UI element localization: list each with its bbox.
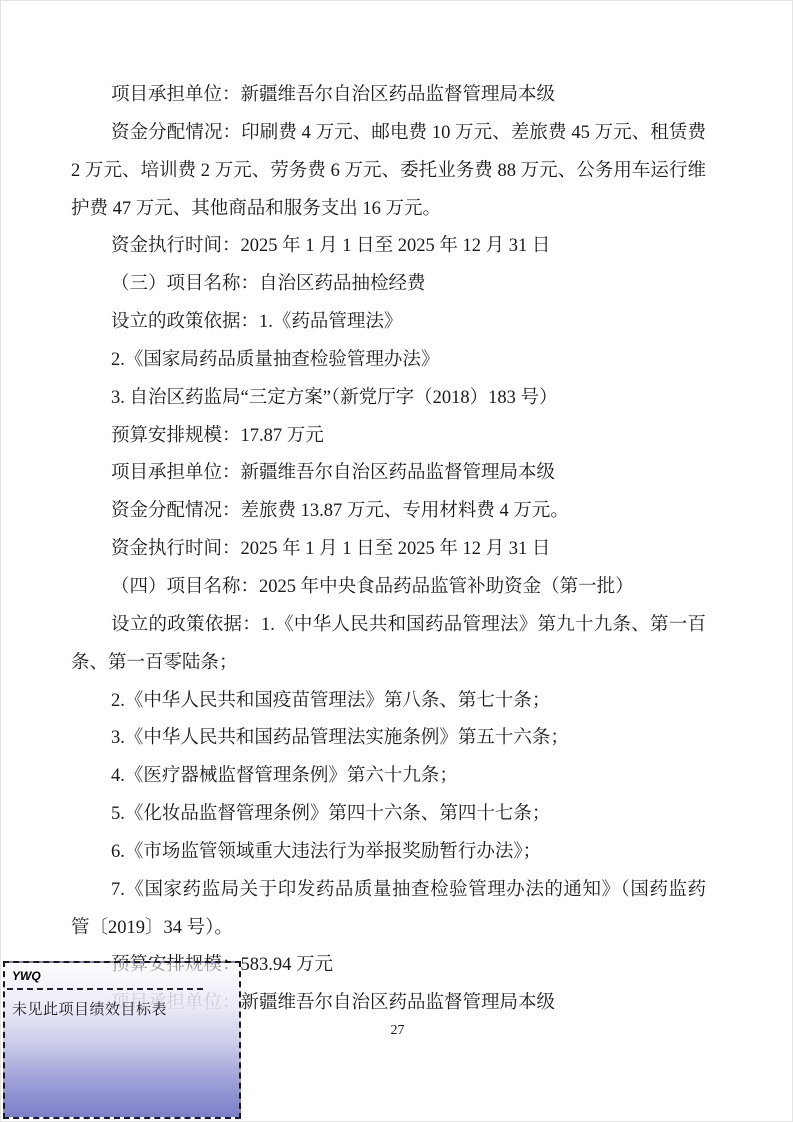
text-line: 项目承担单位：新疆维吾尔自治区药品监督管理局本级 xyxy=(71,455,706,493)
document-body: 项目承担单位：新疆维吾尔自治区药品监督管理局本级 资金分配情况：印刷费 4 万元… xyxy=(71,77,706,1023)
text-line: （四）项目名称：2025 年中央食品药品监管补助资金（第一批） xyxy=(71,569,706,607)
text-line: 3. 自治区药监局“三定方案”（新党厅字（2018）183 号） xyxy=(71,380,706,418)
comment-annotation-box[interactable]: YWQ 未见此项目绩效目标表 xyxy=(3,961,241,1119)
text-line: 4.《医疗器械监督管理条例》第六十九条； xyxy=(71,758,706,796)
text-line: 护费 47 万元、其他商品和服务支出 16 万元。 xyxy=(71,191,706,229)
text-line: 设立的政策依据：1.《药品管理法》 xyxy=(71,304,706,342)
text-line: 预算安排规模：17.87 万元 xyxy=(71,418,706,456)
text-line: 资金执行时间：2025 年 1 月 1 日至 2025 年 12 月 31 日 xyxy=(71,531,706,569)
text-line: 资金分配情况：印刷费 4 万元、邮电费 10 万元、差旅费 45 万元、租赁费 xyxy=(71,115,706,153)
comment-divider xyxy=(7,988,203,990)
text-line: 资金分配情况：差旅费 13.87 万元、专用材料费 4 万元。 xyxy=(71,493,706,531)
comment-text: 未见此项目绩效目标表 xyxy=(5,993,239,1019)
text-line: 6.《市场监管领域重大违法行为举报奖励暂行办法》； xyxy=(71,834,706,872)
text-line: 2.《中华人民共和国疫苗管理法》第八条、第七十条； xyxy=(71,683,706,721)
text-line: 7.《国家药监局关于印发药品质量抽查检验管理办法的通知》（国药监药 xyxy=(71,872,706,910)
text-line: 2.《国家局药品质量抽查检验管理办法》 xyxy=(71,342,706,380)
text-line: 3.《中华人民共和国药品管理法实施条例》第五十六条； xyxy=(71,720,706,758)
text-line: （三）项目名称：自治区药品抽检经费 xyxy=(71,266,706,304)
text-line: 5.《化妆品监督管理条例》第四十六条、第四十七条； xyxy=(71,796,706,834)
text-line: 2 万元、培训费 2 万元、劳务费 6 万元、委托业务费 88 万元、公务用车运… xyxy=(71,153,706,191)
text-line: 设立的政策依据：1.《中华人民共和国药品管理法》第九十九条、第一百 xyxy=(71,607,706,645)
text-line: 项目承担单位：新疆维吾尔自治区药品监督管理局本级 xyxy=(71,77,706,115)
text-line: 管〔2019〕34 号）。 xyxy=(71,910,706,948)
text-line: 资金执行时间：2025 年 1 月 1 日至 2025 年 12 月 31 日 xyxy=(71,228,706,266)
text-line: 条、第一百零陆条； xyxy=(71,645,706,683)
document-page: 项目承担单位：新疆维吾尔自治区药品监督管理局本级 资金分配情况：印刷费 4 万元… xyxy=(0,0,793,1122)
comment-author-label: YWQ xyxy=(5,963,239,986)
